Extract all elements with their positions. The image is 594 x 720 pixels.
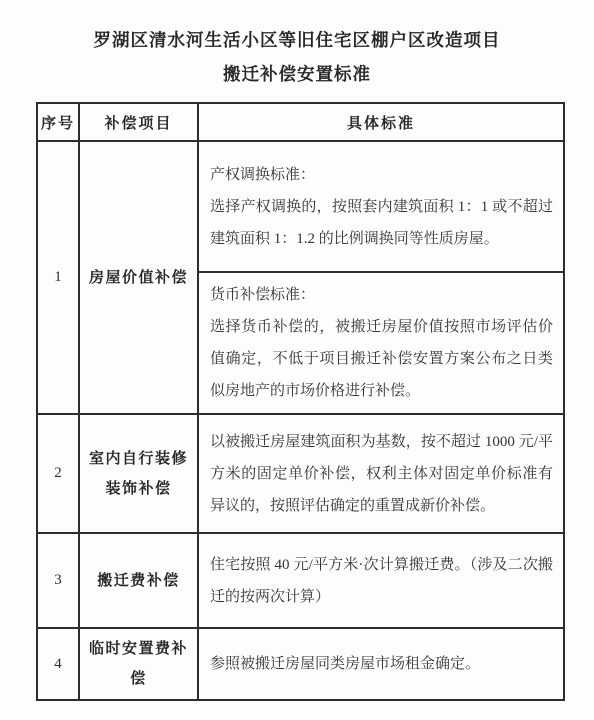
row4-no: 4: [37, 628, 79, 700]
property-swap-heading: 产权调换标准：: [210, 159, 553, 191]
table-header-row: 序号 补偿项目 具体标准: [37, 103, 564, 141]
header-item: 补偿项目: [79, 103, 198, 141]
header-standard: 具体标准: [198, 103, 564, 141]
row3-item: 搬迁费补偿: [79, 533, 198, 628]
row3-standard: 住宅按照 40 元/平方米·次计算搬迁费。（涉及二次搬迁的按两次计算）: [198, 533, 564, 628]
property-swap-body: 选择产权调换的，按照套内建筑面积 1：1 或不超过建筑面积 1：1.2 的比例调…: [210, 191, 553, 255]
table-row-1a: 1 房屋价值补偿 产权调换标准： 选择产权调换的，按照套内建筑面积 1：1 或不…: [37, 141, 564, 272]
row1-standard-property-swap: 产权调换标准： 选择产权调换的，按照套内建筑面积 1：1 或不超过建筑面积 1：…: [198, 141, 564, 272]
row4-item: 临时安置费补偿: [79, 628, 198, 700]
monetary-body: 选择货币补偿的，被搬迁房屋价值按照市场评估价值确定，不低于项目搬迁补偿安置方案公…: [210, 311, 553, 407]
row1-standard-monetary: 货币补偿标准： 选择货币补偿的，被搬迁房屋价值按照市场评估价值确定，不低于项目搬…: [198, 272, 564, 414]
row2-item: 室内自行装修装饰补偿: [79, 414, 198, 533]
document-page: 罗湖区清水河生活小区等旧住宅区棚户区改造项目 搬迁补偿安置标准 序号 补偿项目 …: [0, 0, 594, 720]
row1-no: 1: [37, 141, 79, 414]
table-row-4: 4 临时安置费补偿 参照被搬迁房屋同类房屋市场租金确定。: [37, 628, 564, 700]
monetary-heading: 货币补偿标准：: [210, 279, 553, 311]
row4-standard: 参照被搬迁房屋同类房屋市场租金确定。: [198, 628, 564, 700]
table-row-3: 3 搬迁费补偿 住宅按照 40 元/平方米·次计算搬迁费。（涉及二次搬迁的按两次…: [37, 533, 564, 628]
table-row-2: 2 室内自行装修装饰补偿 以被搬迁房屋建筑面积为基数，按不超过 1000 元/平…: [37, 414, 564, 533]
row2-no: 2: [37, 414, 79, 533]
header-no: 序号: [37, 103, 79, 141]
row3-no: 3: [37, 533, 79, 628]
compensation-table: 序号 补偿项目 具体标准 1 房屋价值补偿 产权调换标准： 选择产权调换的，按照…: [36, 102, 565, 701]
title-line-2: 搬迁补偿安置标准: [0, 64, 594, 85]
title-line-1: 罗湖区清水河生活小区等旧住宅区棚户区改造项目: [0, 30, 594, 51]
row1-item: 房屋价值补偿: [79, 141, 198, 414]
row2-standard: 以被搬迁房屋建筑面积为基数，按不超过 1000 元/平方米的固定单价补偿，权利主…: [198, 414, 564, 533]
document-title: 罗湖区清水河生活小区等旧住宅区棚户区改造项目 搬迁补偿安置标准: [0, 0, 594, 85]
